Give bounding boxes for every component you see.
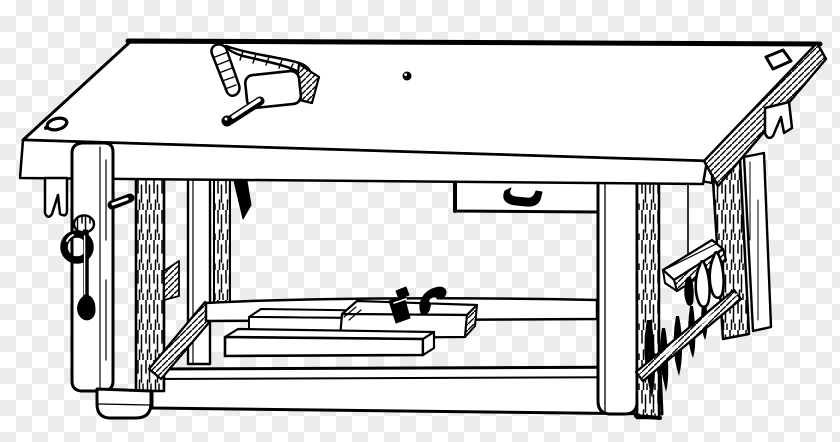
right-inner-leg (598, 180, 637, 414)
right-hatched-leg (637, 180, 659, 418)
screw-hub (74, 216, 94, 233)
right-structure: Diagonal tool rack with hanging chisels … (598, 147, 771, 418)
vise-jaw (72, 143, 113, 391)
apron-bracket-right (765, 102, 792, 138)
dog-hole-left-tail (44, 126, 48, 130)
clamp-pad-tip (222, 116, 233, 127)
back-post (214, 178, 230, 318)
dog-hole-round (403, 72, 412, 81)
leg-bracket (164, 261, 179, 300)
workbench-illustration: Woodworking workbench — line drawing Bot… (0, 0, 840, 442)
clamp-pad-tip-glint (225, 118, 228, 121)
rail-face (152, 367, 662, 414)
bottom-front-rail: Bottom stretcher rails and diagonal brac… (152, 367, 662, 414)
left-legs: Bench legs and trestle posts (136, 178, 251, 391)
top-back-edge (128, 41, 820, 44)
dog-hole-glint (404, 73, 407, 76)
benchtop: Bench top with dog holes and hatched end (20, 41, 826, 186)
hanging-wedge (234, 181, 251, 219)
right-hatched-leg-foot (636, 416, 660, 418)
tool-handle-small (685, 276, 694, 305)
transparent-canvas: Woodworking workbench — line drawing Bot… (0, 0, 840, 442)
lower-board-front (225, 337, 423, 356)
apron-bracket-left (45, 178, 67, 217)
